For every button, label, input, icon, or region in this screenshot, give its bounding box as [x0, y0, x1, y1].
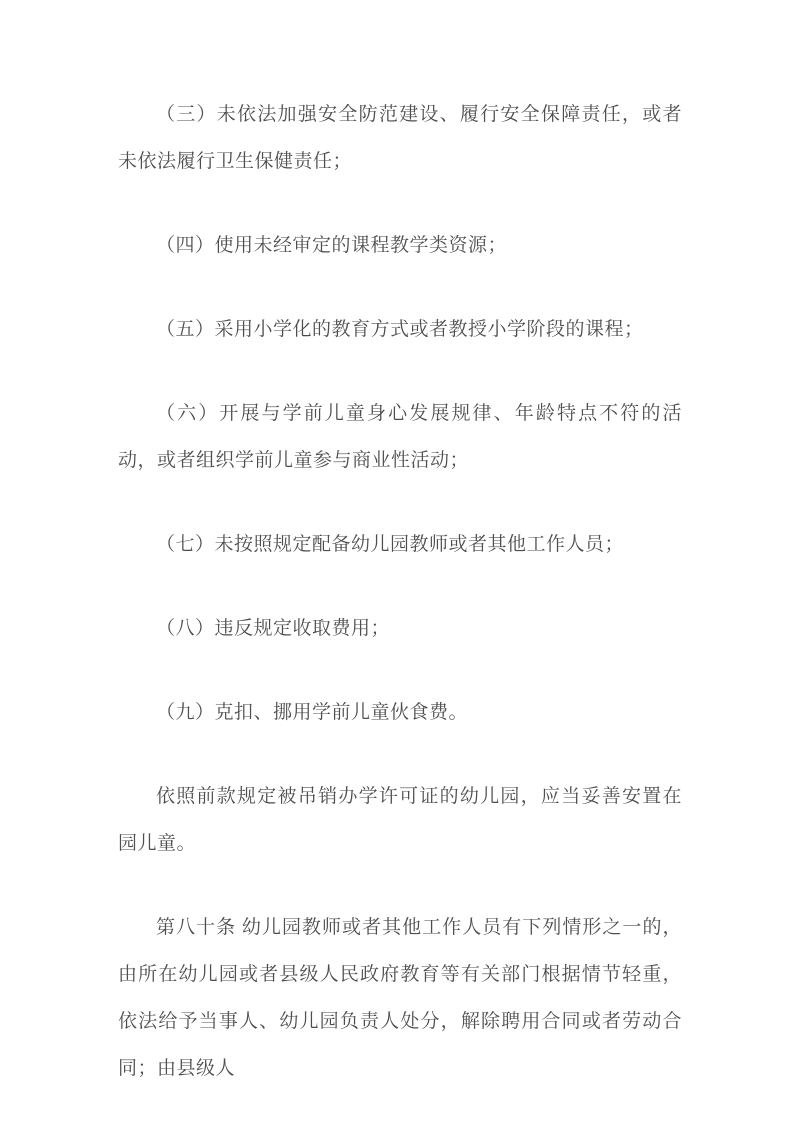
paragraph-item-7: （七）未按照规定配备幼儿园教师或者其他工作人员；	[118, 521, 682, 568]
paragraph-article-80: 第八十条 幼儿园教师或者其他工作人员有下列情形之一的，由所在幼儿园或者县级人民政…	[118, 904, 682, 1092]
paragraph-placement-clause: 依照前款规定被吊销办学许可证的幼儿园，应当妥善安置在园儿童。	[118, 773, 682, 867]
paragraph-item-4: （四）使用未经审定的课程教学类资源；	[118, 222, 682, 269]
paragraph-item-9: （九）克扣、挪用学前儿童伙食费。	[118, 689, 682, 736]
paragraph-item-6: （六）开展与学前儿童身心发展规律、年龄特点不符的活动，或者组织学前儿童参与商业性…	[118, 390, 682, 484]
paragraph-item-5: （五）采用小学化的教育方式或者教授小学阶段的课程；	[118, 306, 682, 353]
paragraph-item-8: （八）违反规定收取费用；	[118, 605, 682, 652]
document-page: （三）未依法加强安全防范建设、履行安全保障责任，或者未依法履行卫生保健责任； （…	[0, 0, 800, 1131]
paragraph-item-3: （三）未依法加强安全防范建设、履行安全保障责任，或者未依法履行卫生保健责任；	[118, 91, 682, 185]
